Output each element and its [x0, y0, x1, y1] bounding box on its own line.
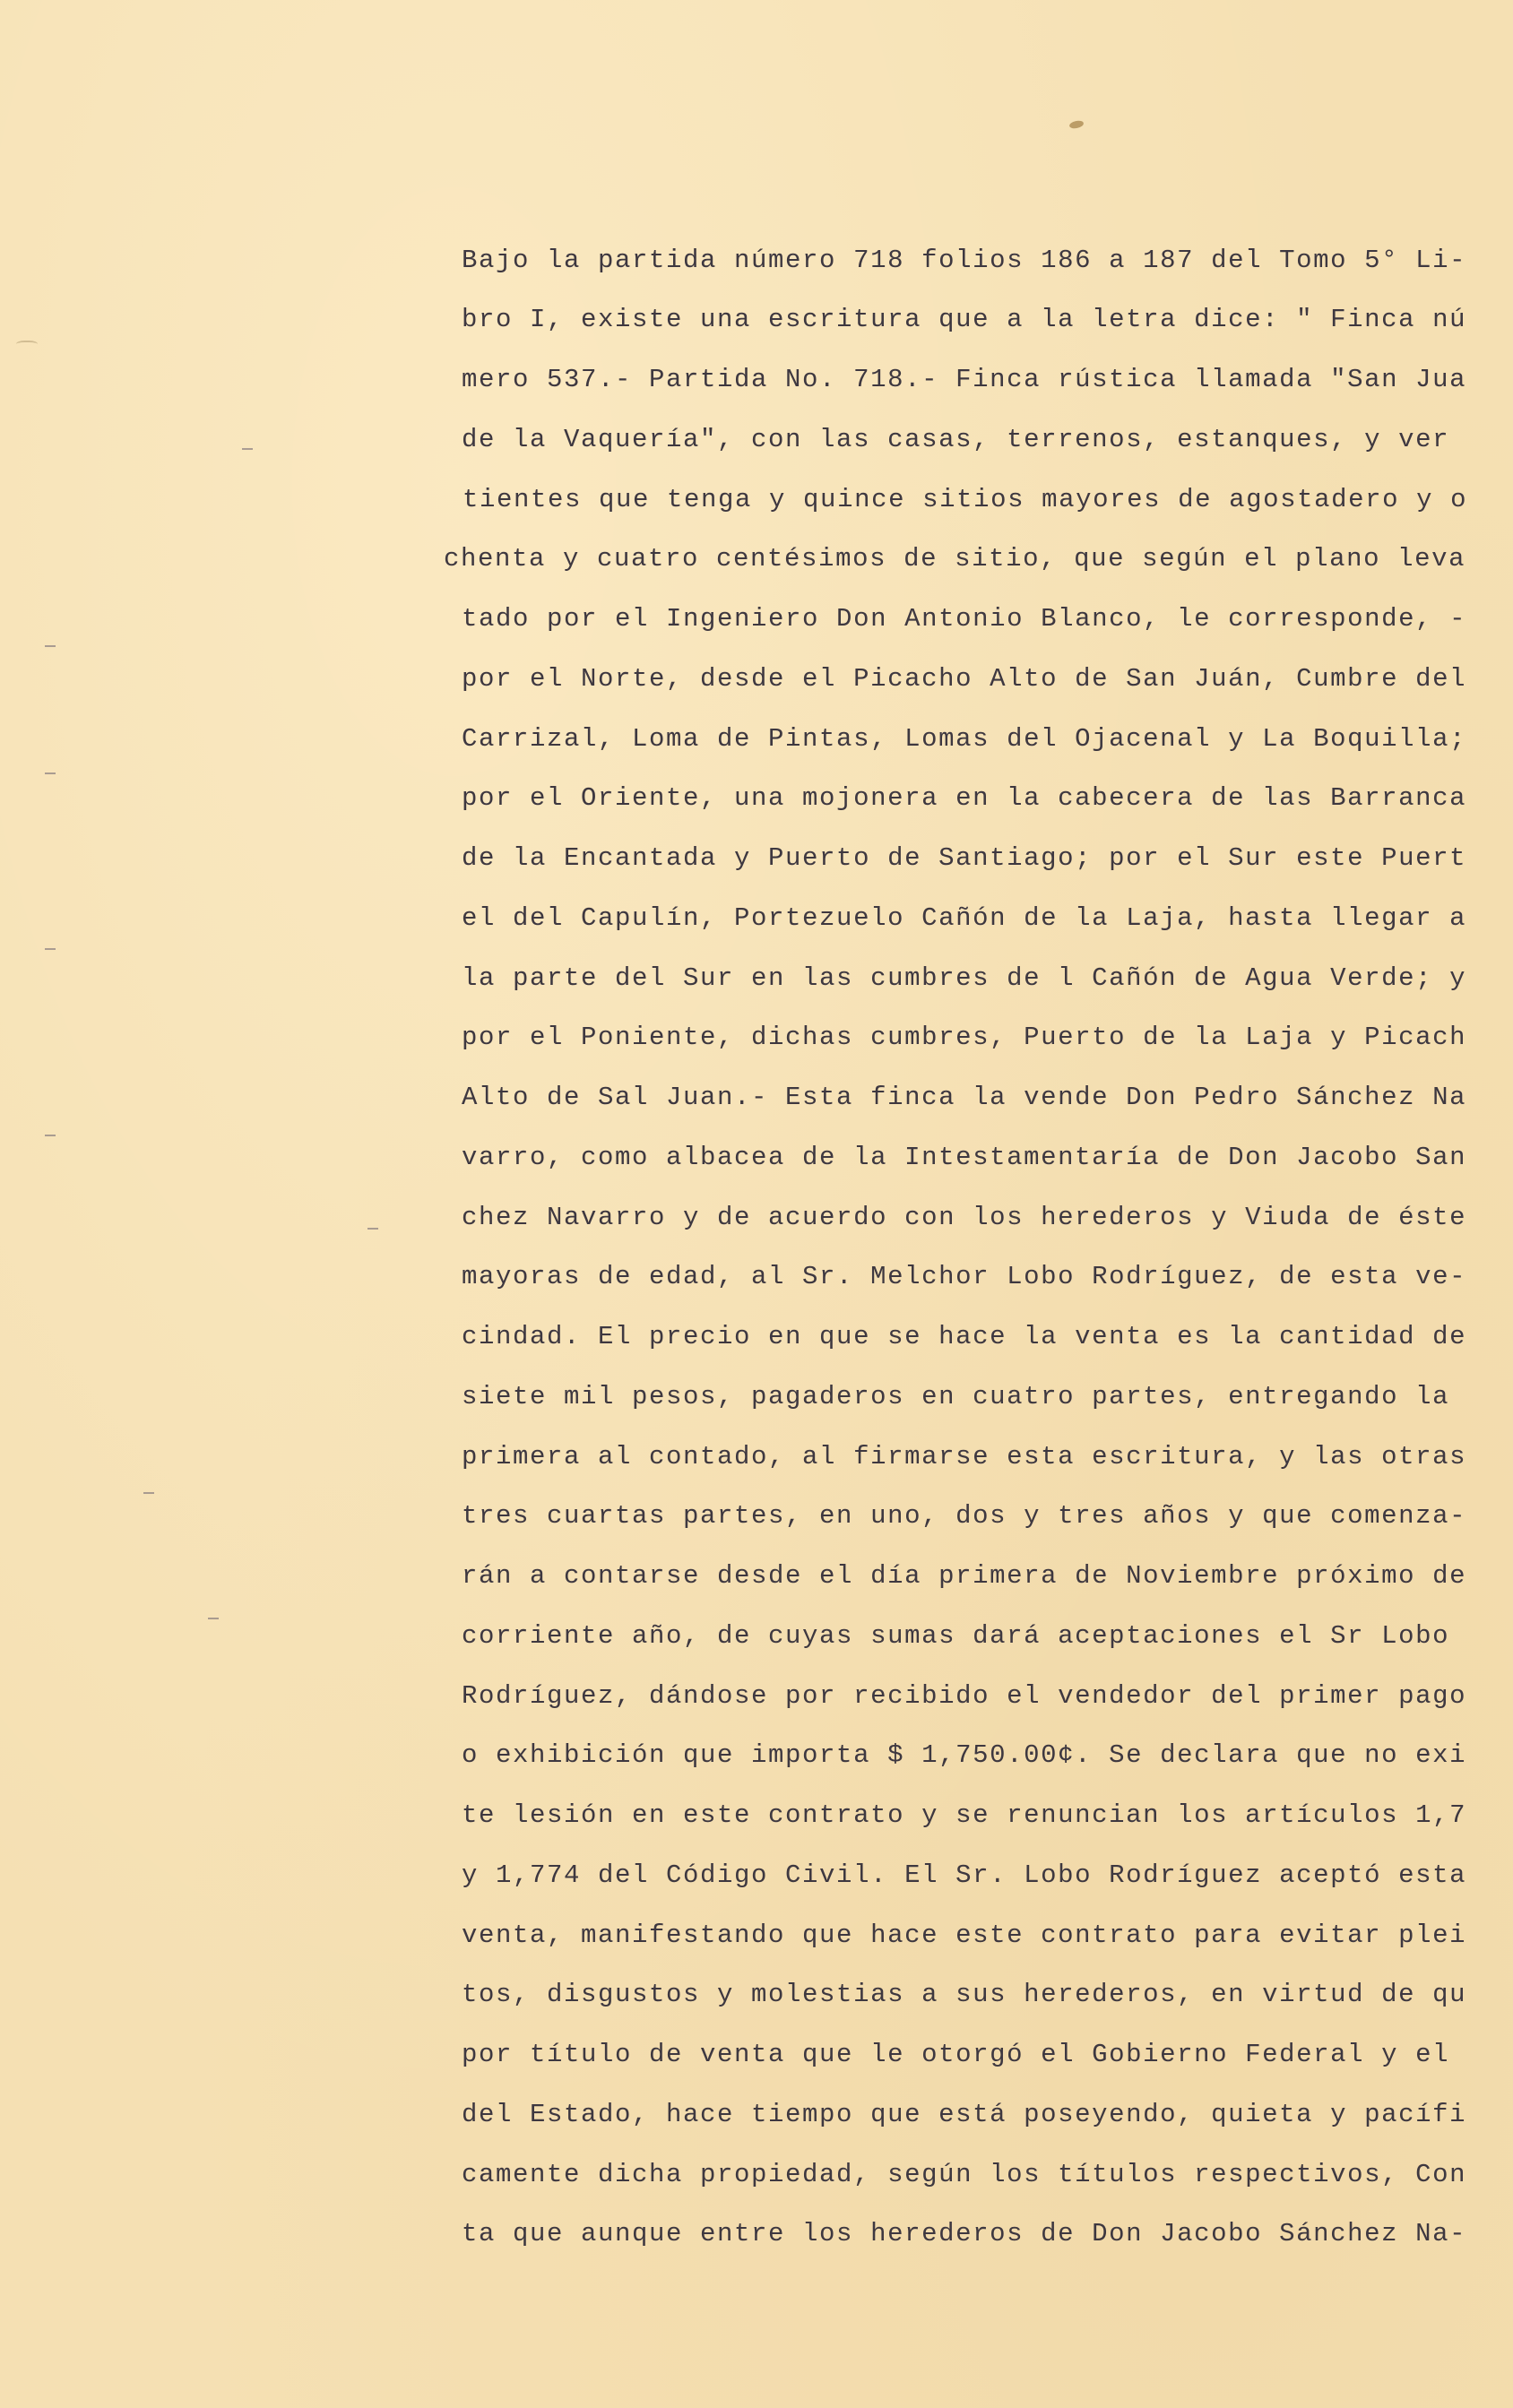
text-line: tres cuartas partes, en uno, dos y tres … [462, 1503, 1466, 1529]
text-line: el del Capulín, Portezuelo Cañón de la L… [462, 905, 1466, 931]
text-line: tos, disgustos y molestias a sus hereder… [462, 1981, 1466, 2007]
document-body: Bajo la partida número 718 folios 186 a … [0, 0, 1513, 2408]
text-line: de la Vaquería", con las casas, terrenos… [462, 427, 1449, 453]
text-line: por título de venta que le otorgó el Gob… [462, 2041, 1449, 2067]
text-line: o exhibición que importa $ 1,750.00¢. Se… [462, 1742, 1466, 1768]
text-line: mero 537.- Partida No. 718.- Finca rústi… [462, 367, 1466, 393]
text-line: del Estado, hace tiempo que está poseyen… [462, 2102, 1466, 2127]
text-line: de la Encantada y Puerto de Santiago; po… [462, 845, 1466, 871]
text-line: y 1,774 del Código Civil. El Sr. Lobo Ro… [462, 1862, 1466, 1888]
text-line: siete mil pesos, pagaderos en cuatro par… [462, 1384, 1449, 1410]
text-line: ta que aunque entre los herederos de Don… [462, 2221, 1466, 2247]
text-line: camente dicha propiedad, según los títul… [462, 2162, 1466, 2188]
text-line: rán a contarse desde el día primera de N… [462, 1563, 1466, 1589]
text-line: cindad. El precio en que se hace la vent… [462, 1324, 1466, 1350]
text-line: tado por el Ingeniero Don Antonio Blanco… [462, 606, 1466, 632]
text-line: chenta y cuatro centésimos de sitio, que… [444, 546, 1465, 572]
text-line: Bajo la partida número 718 folios 186 a … [462, 247, 1466, 273]
text-line: tientes que tenga y quince sitios mayore… [445, 487, 1467, 513]
text-line: Alto de Sal Juan.- Esta finca la vende D… [462, 1084, 1466, 1110]
text-line: corriente año, de cuyas sumas dará acept… [462, 1623, 1449, 1649]
text-line: te lesión en este contrato y se renuncia… [462, 1802, 1466, 1828]
text-line: por el Norte, desde el Picacho Alto de S… [462, 666, 1466, 692]
text-line: Rodríguez, dándose por recibido el vende… [462, 1683, 1466, 1709]
text-line: Carrizal, Loma de Pintas, Lomas del Ojac… [462, 726, 1466, 752]
text-line: mayoras de edad, al Sr. Melchor Lobo Rod… [462, 1264, 1466, 1290]
text-line: por el Oriente, una mojonera en la cabec… [462, 785, 1466, 811]
text-line: la parte del Sur en las cumbres de l Cañ… [462, 965, 1466, 991]
text-line: varro, como albacea de la Intestamentarí… [462, 1144, 1466, 1170]
text-line: primera al contado, al firmarse esta esc… [462, 1444, 1466, 1470]
text-line: por el Poniente, dichas cumbres, Puerto … [462, 1024, 1466, 1050]
text-line: venta, manifestando que hace este contra… [462, 1922, 1466, 1948]
typewritten-page: Bajo la partida número 718 folios 186 a … [0, 0, 1513, 2408]
text-line: chez Navarro y de acuerdo con los herede… [462, 1204, 1466, 1230]
text-line: bro I, existe una escritura que a la let… [462, 306, 1466, 332]
